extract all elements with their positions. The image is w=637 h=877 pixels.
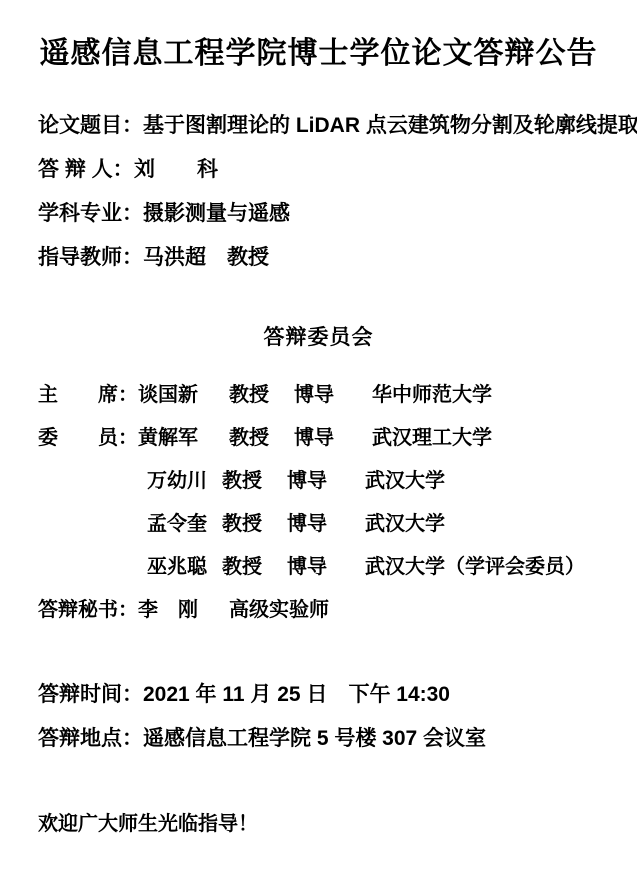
committee-row-member: 委 员： 黄解军 教授 博导 武汉理工大学 <box>38 426 637 448</box>
committee-member-org: 武汉大学（学评会委员） <box>365 555 637 577</box>
welcome-message: 欢迎广大师生光临指导！ <box>0 812 637 834</box>
committee-member-title: 教授 <box>229 426 294 448</box>
committee-member-name: 黄解军 <box>138 426 229 448</box>
schedule-value: 2021 年 11 月 25 日 下午 14:30 <box>143 683 637 706</box>
thesis-info-section: 论文题目： 基于图割理论的 LiDAR 点云建筑物分割及轮廓线提取 答 辩 人：… <box>0 114 637 269</box>
schedule-label: 答辩地点： <box>38 727 143 750</box>
committee-member-org: 武汉理工大学 <box>372 426 637 448</box>
committee-member-rank: 博导 <box>294 426 372 448</box>
committee-member-org: 华中师范大学 <box>372 383 637 405</box>
info-label: 指导教师： <box>38 246 143 269</box>
committee-member-title: 教授 <box>222 469 287 491</box>
info-value: 摄影测量与遥感 <box>143 202 637 225</box>
committee-role: 主 席： <box>38 383 138 405</box>
committee-role: 委 员： <box>38 426 138 448</box>
committee-member-title: 教授 <box>222 512 287 534</box>
committee-member-title: 教授 <box>222 555 287 577</box>
committee-role: 答辩秘书： <box>38 598 138 620</box>
schedule-row-time: 答辩时间： 2021 年 11 月 25 日 下午 14:30 <box>38 683 637 706</box>
committee-role <box>38 555 131 577</box>
defense-announcement-page: 遥感信息工程学院博士学位论文答辩公告 论文题目： 基于图割理论的 LiDAR 点… <box>0 0 637 877</box>
info-row-major: 学科专业： 摄影测量与遥感 <box>38 202 637 225</box>
committee-member-rank: 博导 <box>294 383 372 405</box>
info-row-supervisor: 指导教师： 马洪超 教授 <box>38 246 637 269</box>
info-value: 基于图割理论的 LiDAR 点云建筑物分割及轮廓线提取 <box>143 114 637 137</box>
page-title: 遥感信息工程学院博士学位论文答辩公告 <box>0 32 637 76</box>
schedule-value: 遥感信息工程学院 5 号楼 307 会议室 <box>143 727 637 750</box>
committee-row-member: 万幼川 教授 博导 武汉大学 <box>38 469 637 491</box>
committee-member-rank <box>329 598 407 620</box>
committee-member-name: 谈国新 <box>138 383 229 405</box>
schedule-section: 答辩时间： 2021 年 11 月 25 日 下午 14:30 答辩地点： 遥感… <box>0 683 637 750</box>
committee-member-title: 高级实验师 <box>229 598 329 620</box>
committee-row-chair: 主 席： 谈国新 教授 博导 华中师范大学 <box>38 383 637 405</box>
committee-role <box>38 469 131 491</box>
info-value: 刘 科 <box>134 158 637 181</box>
info-row-candidate: 答 辩 人： 刘 科 <box>38 158 637 181</box>
committee-member-org <box>407 598 637 620</box>
schedule-row-location: 答辩地点： 遥感信息工程学院 5 号楼 307 会议室 <box>38 727 637 750</box>
info-row-thesis-title: 论文题目： 基于图割理论的 LiDAR 点云建筑物分割及轮廓线提取 <box>38 114 637 137</box>
committee-section: 主 席： 谈国新 教授 博导 华中师范大学 委 员： 黄解军 教授 博导 武汉理… <box>0 383 637 620</box>
committee-member-org: 武汉大学 <box>365 469 637 491</box>
committee-role <box>38 512 131 534</box>
schedule-label: 答辩时间： <box>38 683 143 706</box>
committee-member-title: 教授 <box>229 383 294 405</box>
info-value: 马洪超 教授 <box>143 246 637 269</box>
committee-row-secretary: 答辩秘书： 李 刚 高级实验师 <box>38 598 637 620</box>
committee-member-rank: 博导 <box>287 555 365 577</box>
info-label: 论文题目： <box>38 114 143 137</box>
committee-member-name: 李 刚 <box>138 598 229 620</box>
info-label: 学科专业： <box>38 202 143 225</box>
committee-member-rank: 博导 <box>287 469 365 491</box>
committee-row-member: 孟令奎 教授 博导 武汉大学 <box>38 512 637 534</box>
committee-member-rank: 博导 <box>287 512 365 534</box>
committee-row-member: 巫兆聪 教授 博导 武汉大学（学评会委员） <box>38 555 637 577</box>
committee-member-name: 巫兆聪 <box>131 555 222 577</box>
info-label: 答 辩 人： <box>38 158 134 181</box>
committee-member-org: 武汉大学 <box>365 512 637 534</box>
committee-heading: 答辩委员会 <box>0 325 637 348</box>
committee-member-name: 孟令奎 <box>131 512 222 534</box>
committee-member-name: 万幼川 <box>131 469 222 491</box>
